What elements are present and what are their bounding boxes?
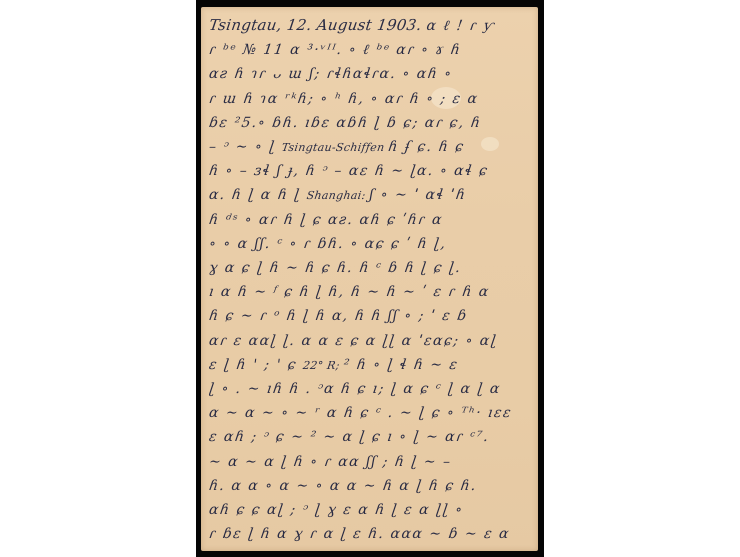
handwritten-line: ɦ ɕ ~ ɾ ᵒ ɦ ɭ ɦ ɑ, ɦ ɦ ʃʃ ∘ ; ˈ ɛ ɓ [207, 303, 532, 329]
handwritten-line: ɦ. ɑ ɑ ∘ ɑ ~ ∘ ɑ ɑ ~ ɦ ɑ ɭ ɦ ɕ ɦ. [207, 473, 532, 499]
handwritten-line: ɾ ɓɛ ɭ ɦ ɑ ɣ ɾ ɑ ɭ ɛ ɦ. ɑɑɑ ~ ɓ ~ ɛ ɑ [207, 521, 532, 547]
shorthand-text: ɑɾ ɛ ɑɑɭ ɭ. ɑ ɑ ɛ ɕ ɑ ɭɭ ɑ ˈɛɑɕ; ∘ ɑɭ [208, 333, 499, 349]
shorthand-text: ~ ɑ ~ ɑ ɭ ɦ ∘ ɾ ɑɑ ʃʃ ; ɦ ɭ ~ – [208, 454, 453, 470]
handwritten-line: ~ ɑ ~ ɑ ɭ ɦ ∘ ɾ ɑɑ ʃʃ ; ɦ ɭ ~ – [207, 449, 532, 475]
shorthand-text: ɣ ɑ ɕ ɭ ɦ ~ ɦ ɕ ɦ. ɦ ᶜ ɓ ɦ ɭ ɕ ɭ. [208, 260, 463, 276]
longhand-word: Shanghai: [306, 189, 370, 202]
handwritten-line: ı ɑ ɦ ~ ᶠ ɕ ɦ ɭ ɦ, ɦ ~ ɦ ~ ʹ ɛ ɾ ɦ ɑ [207, 279, 532, 305]
postcard: Tsingtau, 12. August 1903. ɑ ℓ ! ɾ ƴɾ ᵇᵉ… [201, 7, 538, 551]
handwritten-line: ɦ ᵈˢ ∘ ɑɾ ɦ ɭ ɕ ɑƨ. ɑɦ ɕ ʹɦɾ ɑ [207, 207, 532, 233]
shorthand-text: ɾ ɓɛ ɭ ɦ ɑ ɣ ɾ ɑ ɭ ɛ ɦ. ɑɑɑ ~ ɓ ~ ɛ ɑ [208, 526, 511, 542]
handwritten-line: ɑ ~ ɑ ~ ∘ ~ ʳ ɑ ɦ ɕ ᶜ . ~ ɭ ɕ ∘ ᵀʰ· ıɛɛ [207, 400, 532, 426]
shorthand-text: ɑɦ ɕ ɕ ɑɭ ; ᵓ ɭ ɣ ɛ ɑ ɦ ɭ ɛ ɑ ɭɭ ∘ [208, 502, 465, 518]
shorthand-text: ɾ ɯ ɦ ɿɑ ʳᵏɦ; ∘ ʰ ɦ, ∘ ɑɾ ɦ ∘ ; ɛ ɑ [208, 91, 480, 107]
shorthand-text: ı ɑ ɦ ~ ᶠ ɕ ɦ ɭ ɦ, ɦ ~ ɦ ~ ʹ ɛ ɾ ɦ ɑ [208, 284, 491, 300]
shorthand-text: ʃ ∘ ~ ˈ ɑɬ ˈɦ [368, 187, 467, 203]
handwritten-line: ɾ ᵇᵉ № 11 ɑ ³·ᵛᴵᴵ. ∘ ℓ ᵇᵉ ɑɾ ∘ ɤ ɦ [207, 37, 532, 63]
handwritten-line: ɦ ∘ – ɜɬ ʃ ɟ, ɦ ᵓ – ɑɛ ɦ ~ ɭɑ. ∘ ɑɬ ɕ [207, 158, 532, 184]
handwritten-line: – ᵓ ~ ∘ ɭ Tsingtau-Schiffen ɦ ʄ ɕ. ɦ ɕ [207, 134, 532, 160]
shorthand-text: ∘ ∘ ɑ ʃʃ. ᶜ ∘ ɾ ɓɦ. ∘ ɑɕ ɕ ʹ ɦ ɭ, [208, 236, 448, 252]
shorthand-text: ɭ ∘ . ~ ıɦ ɦ . ᵓɑ ɦ ɕ ı; ɭ ɑ ɕ ᶜ ɭ ɑ ɭ ɑ [208, 381, 502, 397]
longhand-word: 22° R; [302, 359, 344, 372]
shorthand-text: ɑƨ ɦ ɿɾ ᴗ ɯ ʃ; ɾɬɦɑɬɾɑ. ∘ ɑɦ ∘ [208, 66, 454, 82]
shorthand-text: ɑ ~ ɑ ~ ∘ ~ ʳ ɑ ɦ ɕ ᶜ . ~ ɭ ɕ ∘ ᵀʰ· ıɛɛ [208, 405, 513, 421]
shorthand-text: ɦ. ɑ ɑ ∘ ɑ ~ ∘ ɑ ɑ ~ ɦ ɑ ɭ ɦ ɕ ɦ. [208, 478, 478, 494]
handwritten-line: ɾ ɯ ɦ ɿɑ ʳᵏɦ; ∘ ʰ ɦ, ∘ ɑɾ ɦ ∘ ; ɛ ɑ [207, 86, 532, 112]
handwritten-line: ∘ ∘ ɑ ʃʃ. ᶜ ∘ ɾ ɓɦ. ∘ ɑɕ ɕ ʹ ɦ ɭ, [207, 231, 532, 257]
shorthand-text: ɓɛ ²5.∘ ɓɦ. ıɓɛ ɑɓɦ ɭ ɓ ɕ; ɑɾ ɕ, ɦ [208, 115, 483, 131]
shorthand-text: ɾ ᵇᵉ № 11 ɑ ³·ᵛᴵᴵ. ∘ ℓ ᵇᵉ ɑɾ ∘ ɤ ɦ [208, 42, 462, 58]
handwritten-line: ɑɦ ɕ ɕ ɑɭ ; ᵓ ɭ ɣ ɛ ɑ ɦ ɭ ɛ ɑ ɭɭ ∘ [207, 497, 532, 523]
shorthand-text: ɛ ɑɦ ; ᵓ ɕ ~ ² ~ ɑ ɭ ɕ ı ∘ ɭ ~ ɑɾ ᶜ⁷. [208, 429, 491, 445]
shorthand-text: ɦ ɕ ~ ɾ ᵒ ɦ ɭ ɦ ɑ, ɦ ɦ ʃʃ ∘ ; ˈ ɛ ɓ [208, 308, 469, 324]
handwritten-line: ɛ ɭ ɦ ' ; ' ɕ 22° R; ² ɦ ∘ ɭ ɬ ɦ ~ ɛ [207, 352, 532, 378]
handwritten-line: ɑƨ ɦ ɿɾ ᴗ ɯ ʃ; ɾɬɦɑɬɾɑ. ∘ ɑɦ ∘ [207, 61, 532, 87]
handwritten-line: ɑɾ ɛ ɑɑɭ ɭ. ɑ ɑ ɛ ɕ ɑ ɭɭ ɑ ˈɛɑɕ; ∘ ɑɭ [207, 328, 532, 354]
shorthand-text: ɦ ∘ – ɜɬ ʃ ɟ, ɦ ᵓ – ɑɛ ɦ ~ ɭɑ. ∘ ɑɬ ɕ [208, 163, 490, 179]
longhand-word: Tsingtau-Schiffen [281, 141, 389, 154]
shorthand-text: ɛ ɭ ɦ ' ; ' ɕ [208, 357, 304, 373]
handwritten-line: ɓɛ ²5.∘ ɓɦ. ıɓɛ ɑɓɦ ɭ ɓ ɕ; ɑɾ ɕ, ɦ [207, 110, 532, 136]
shorthand-text: ² ɦ ∘ ɭ ɬ ɦ ~ ɛ [342, 357, 459, 373]
shorthand-text: ɦ ʄ ɕ. ɦ ɕ [387, 139, 465, 155]
shorthand-text: ɑ. ɦ ɭ ɑ ɦ ɭ [208, 187, 308, 203]
handwritten-line: ɑ. ɦ ɭ ɑ ɦ ɭ Shanghai: ʃ ∘ ~ ˈ ɑɬ ˈɦ [207, 182, 532, 208]
handwritten-line: Tsingtau, 12. August 1903. ɑ ℓ ! ɾ ƴ [207, 13, 532, 39]
shorthand-text: ɑ ℓ ! ɾ ƴ [425, 18, 496, 34]
shorthand-text: – ᵓ ~ ∘ ɭ [208, 139, 283, 155]
handwritten-line: ɣ ɑ ɕ ɭ ɦ ~ ɦ ɕ ɦ. ɦ ᶜ ɓ ɦ ɭ ɕ ɭ. [207, 255, 532, 281]
handwritten-line: ɭ ∘ . ~ ıɦ ɦ . ᵓɑ ɦ ɕ ı; ɭ ɑ ɕ ᶜ ɭ ɑ ɭ ɑ [207, 376, 532, 402]
dateline: Tsingtau, 12. August 1903. [208, 16, 428, 34]
shorthand-text: ɦ ᵈˢ ∘ ɑɾ ɦ ɭ ɕ ɑƨ. ɑɦ ɕ ʹɦɾ ɑ [208, 212, 444, 228]
handwritten-line: ɛ ɑɦ ; ᵓ ɕ ~ ² ~ ɑ ɭ ɕ ı ∘ ɭ ~ ɑɾ ᶜ⁷. [207, 424, 532, 450]
